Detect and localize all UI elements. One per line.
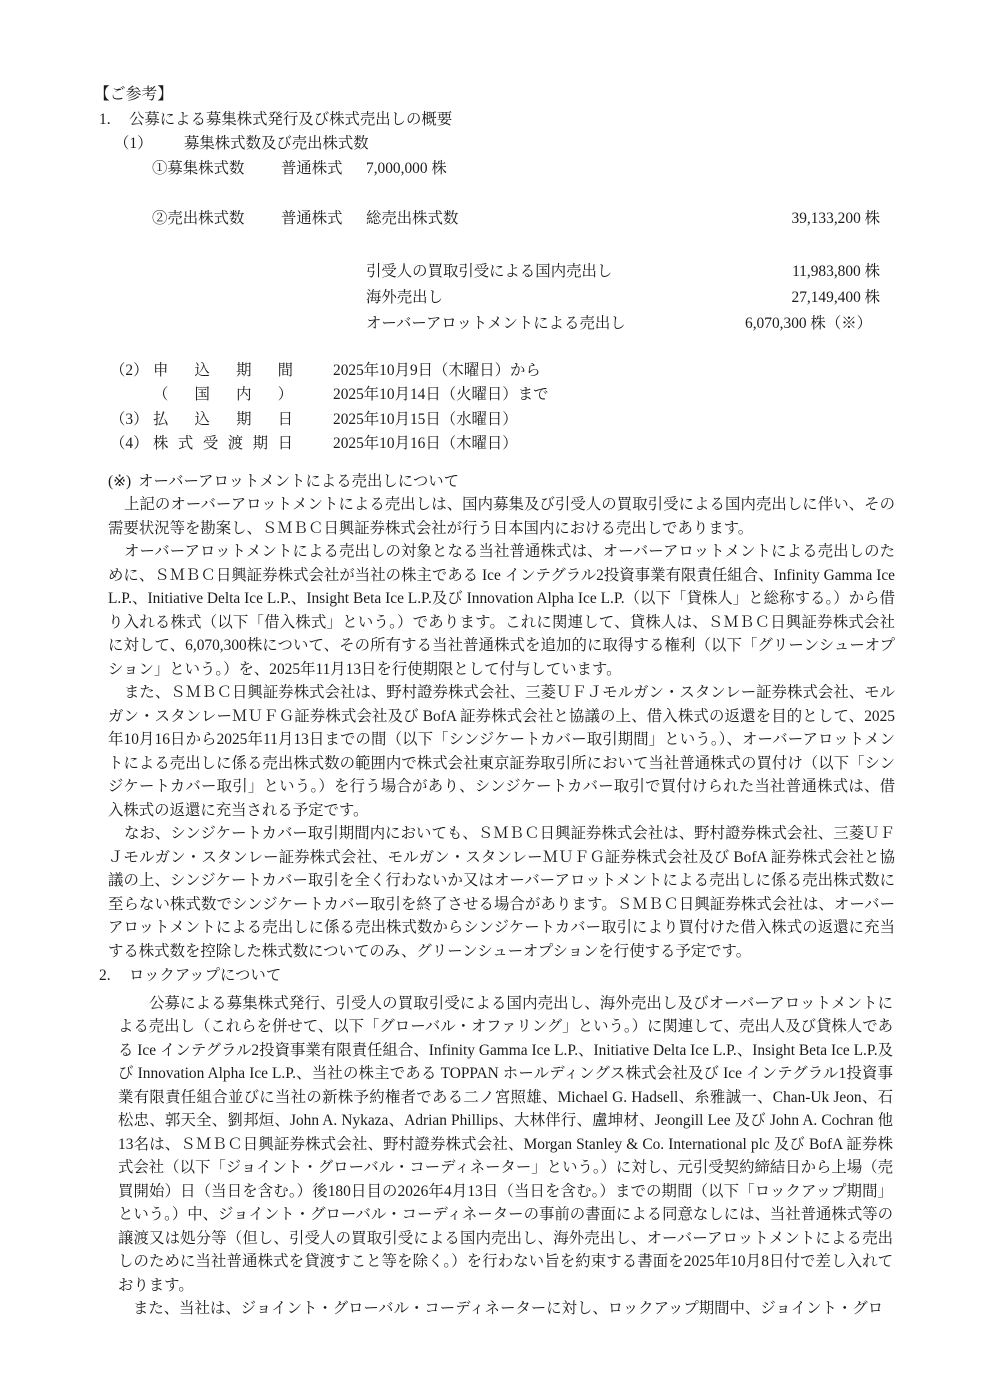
application-period-start: 2025年10月9日（木曜日）から <box>333 359 541 383</box>
sold-shares-label: 売出株式数 <box>167 210 244 227</box>
note-paragraph: オーバーアロットメントによる売出しの対象となる当社普通株式は、オーバーアロットメ… <box>108 540 895 681</box>
sold-shares-total-label: 総売出株式数 <box>366 207 458 232</box>
overallotment-note: (※)オーバーアロットメントによる売出しについて 上記のオーバーアロットメントに… <box>108 470 895 964</box>
item-2-label: （2） <box>110 359 153 383</box>
sold-shares-breakdown: 引受人の買取引受による国内売出し 11,983,800 株 海外売出し 27,1… <box>0 259 984 337</box>
item-1-title: 募集株式数及び売出株式数 <box>184 135 369 152</box>
note-label: (※) <box>108 473 131 490</box>
delivery-date-name: 株式受渡期日 <box>153 432 293 456</box>
breakdown-row-domestic-secondary: 引受人の買取引受による国内売出し 11,983,800 株 <box>366 259 880 285</box>
reference-heading: 【ご参考】 <box>94 83 984 108</box>
section-1-heading: 1.公募による募集株式発行及び株式売出しの概要 <box>99 108 984 133</box>
delivery-date-row: （4） 株式受渡期日 2025年10月16日（木曜日） <box>110 432 984 456</box>
breakdown-label: 海外売出し <box>366 285 443 311</box>
breakdown-row-overseas-secondary: 海外売出し 27,149,400 株 <box>366 285 880 311</box>
section-2-number: 2. <box>99 964 129 989</box>
section-1-title: 公募による募集株式発行及び株式売出しの概要 <box>129 111 452 128</box>
item-4-label: （4） <box>110 432 153 456</box>
item-3-label: （3） <box>110 408 153 432</box>
application-period-domestic-row: （国内） 2025年10月14日（火曜日）まで <box>110 383 984 407</box>
offered-shares-amount: 7,000,000 株 <box>366 157 447 182</box>
offered-shares-label: 募集株式数 <box>167 160 244 177</box>
breakdown-label: オーバーアロットメントによる売出し <box>366 311 626 337</box>
item-1-heading: （1）募集株式数及び売出株式数 <box>114 132 984 157</box>
delivery-date-value: 2025年10月16日（木曜日） <box>333 432 518 456</box>
application-period-row: （2） 申込期間 2025年10月9日（木曜日）から <box>110 359 984 383</box>
breakdown-value: 11,983,800 株 <box>792 259 880 285</box>
offered-shares-row: ①募集株式数 普通株式 7,000,000 株 <box>152 157 880 182</box>
offered-share-class: 普通株式 <box>281 157 366 182</box>
item-1-label: （1） <box>114 132 184 157</box>
lockup-paragraph: 公募による募集株式発行、引受人の買取引受による国内売出し、海外売出し及びオーバー… <box>118 992 893 1298</box>
sold-shares-marker: ② <box>152 210 167 227</box>
application-period-end: 2025年10月14日（火曜日）まで <box>333 383 548 407</box>
sold-share-class: 普通株式 <box>281 207 366 232</box>
section-2-heading: 2.ロックアップについて <box>99 964 984 989</box>
offered-shares-marker: ① <box>152 160 167 177</box>
section-2-title: ロックアップについて <box>129 967 281 984</box>
application-period-domestic: （国内） <box>153 383 293 407</box>
note-paragraph: なお、シンジケートカバー取引期間内においても、ＳＭＢＣ日興証券株式会社は、野村證… <box>108 822 895 963</box>
breakdown-label: 引受人の買取引受による国内売出し <box>366 259 612 285</box>
breakdown-value: 27,149,400 株 <box>792 285 881 311</box>
section-1-number: 1. <box>99 108 129 133</box>
document-page: 【ご参考】 1.公募による募集株式発行及び株式売出しの概要 （1）募集株式数及び… <box>0 0 984 1397</box>
note-paragraph: また、ＳＭＢＣ日興証券株式会社は、野村證券株式会社、三菱ＵＦＪモルガン・スタンレ… <box>108 681 895 822</box>
application-period-name: 申込期間 <box>153 359 293 383</box>
lockup-paragraph: また、当社は、ジョイント・グローバル・コーディネーターに対し、ロックアップ期間中… <box>118 1297 893 1321</box>
sold-shares-name: ②売出株式数 <box>152 207 281 232</box>
sold-shares-row: ②売出株式数 普通株式 総売出株式数39,133,200 株 <box>152 207 880 232</box>
breakdown-row-overallotment: オーバーアロットメントによる売出し 6,070,300 株（※） <box>366 311 872 337</box>
lockup-section: 2.ロックアップについて 公募による募集株式発行、引受人の買取引受による国内売出… <box>0 964 984 1321</box>
offered-shares-name: ①募集株式数 <box>152 157 281 182</box>
schedule-rows: （2） 申込期間 2025年10月9日（木曜日）から （国内） 2025年10月… <box>0 359 984 457</box>
payment-date-name: 払込期日 <box>153 408 293 432</box>
item-2-label-blank <box>110 383 153 407</box>
payment-date-row: （3） 払込期日 2025年10月15日（水曜日） <box>110 408 984 432</box>
note-title: オーバーアロットメントによる売出しについて <box>138 473 459 490</box>
breakdown-value: 6,070,300 株（※） <box>745 311 872 337</box>
payment-date-value: 2025年10月15日（水曜日） <box>333 408 518 432</box>
overallotment-note-heading: (※)オーバーアロットメントによる売出しについて <box>108 470 895 494</box>
sold-shares-total-value: 39,133,200 株 <box>792 207 881 232</box>
note-paragraph: 上記のオーバーアロットメントによる売出しは、国内募集及び引受人の買取引受による国… <box>108 493 895 540</box>
